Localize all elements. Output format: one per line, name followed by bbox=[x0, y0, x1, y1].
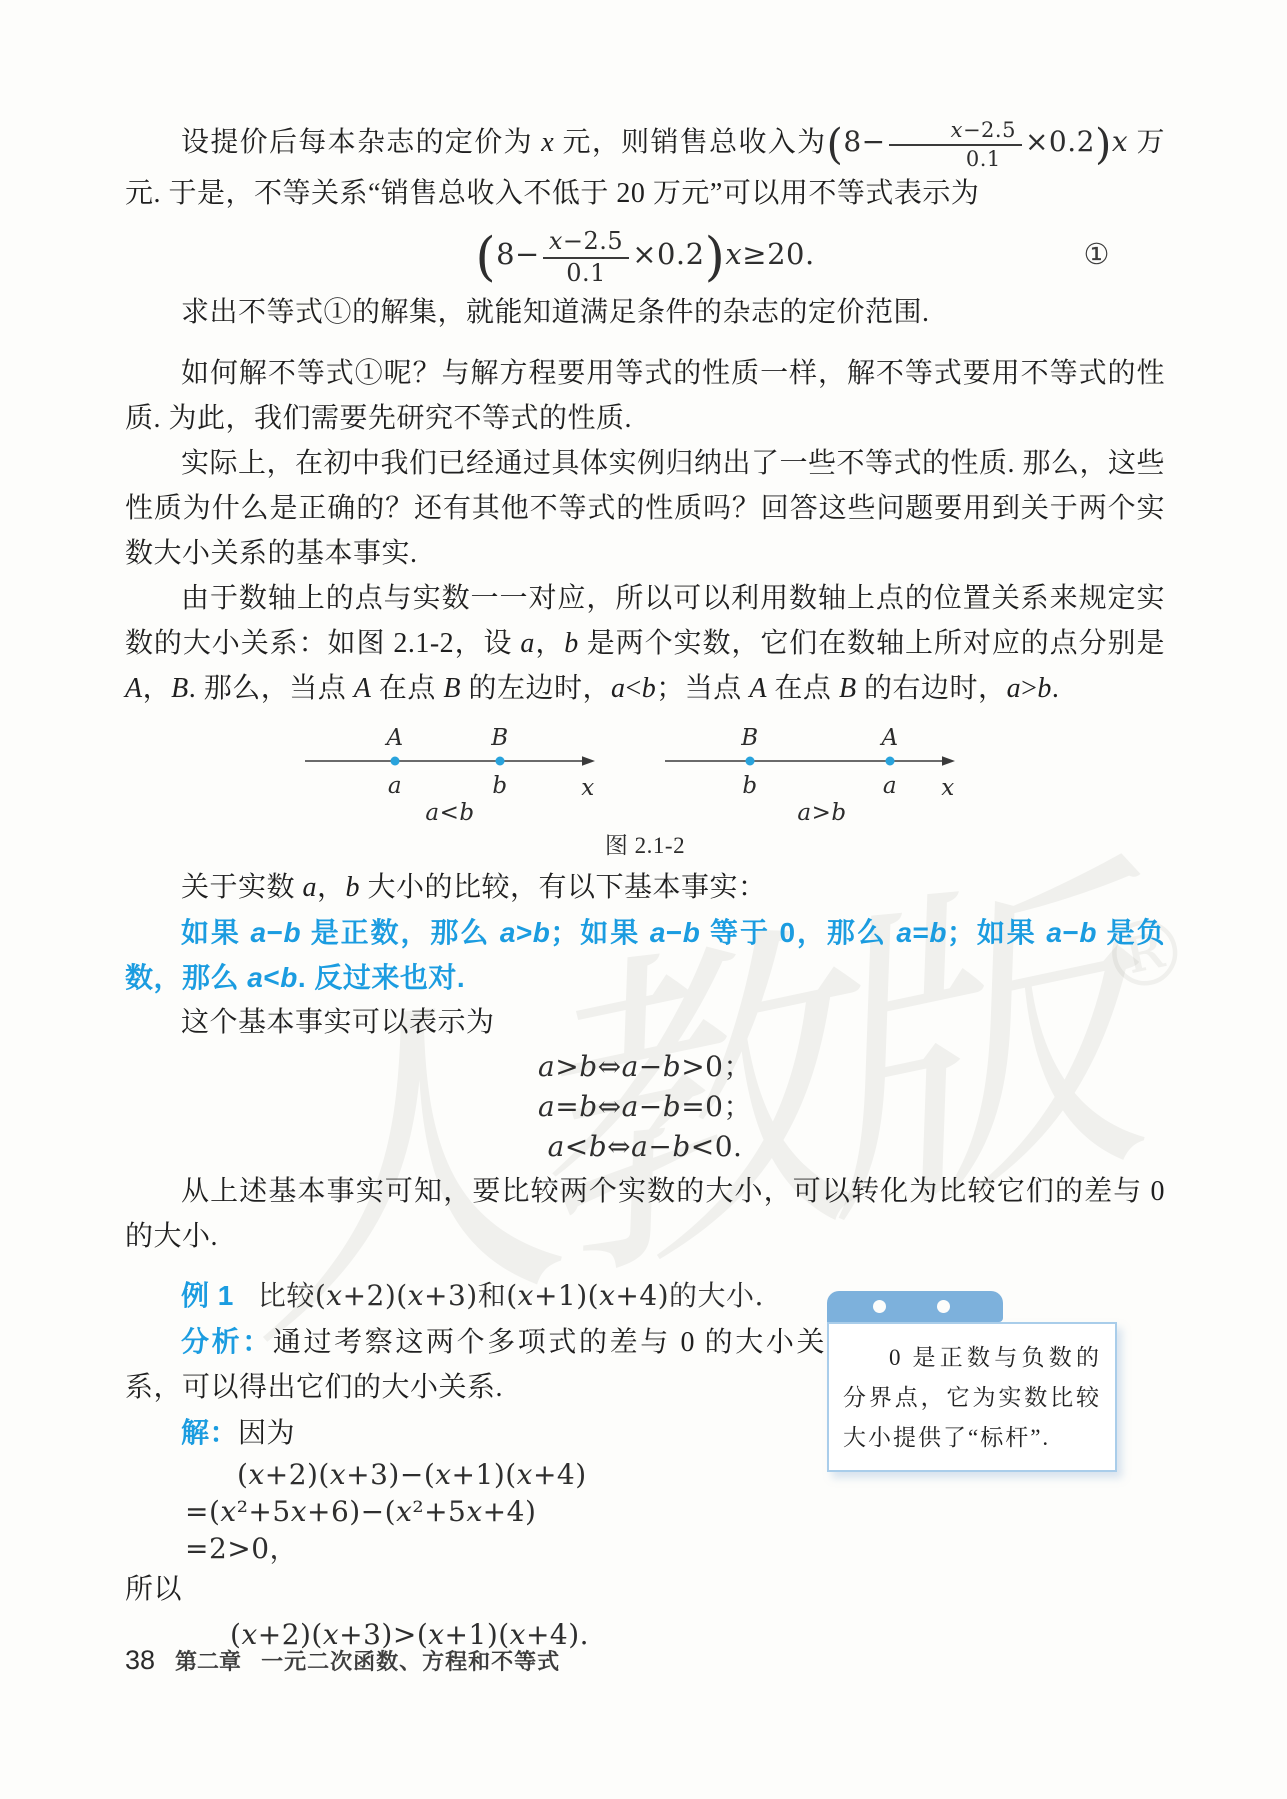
chapter-label: 第二章 bbox=[175, 1645, 241, 1676]
formula-equal: a=b⇔a−b=0； bbox=[125, 1087, 1165, 1127]
fraction-denominator: 0.1 bbox=[889, 146, 1022, 171]
relation-label: a<b bbox=[425, 800, 474, 826]
display-mult: ×0.2 bbox=[632, 237, 704, 271]
close-paren: ) bbox=[1095, 120, 1112, 169]
intro-paragraph: 设提价后每本杂志的定价为 x 元，则销售总收入为(8−x−2.50.1×0.2)… bbox=[125, 118, 1165, 216]
axis-label-x: x bbox=[581, 775, 594, 801]
close-paren: ) bbox=[705, 228, 726, 288]
chapter-title: 一元二次函数、方程和不等式 bbox=[261, 1645, 560, 1676]
arrowhead-icon bbox=[942, 756, 955, 766]
fraction-numerator: x−2.5 bbox=[543, 228, 629, 260]
label-b: b bbox=[492, 773, 507, 799]
display-fraction: x−2.50.1 bbox=[543, 228, 629, 288]
arrowhead-icon bbox=[582, 756, 595, 766]
example-question-line: 例 1比较(x+2)(x+3)和(x+1)(x+4)的大小. bbox=[125, 1273, 825, 1319]
formula-greater: a>b⇔a−b>0； bbox=[125, 1047, 1165, 1087]
numberline-right: B A b a a>b x bbox=[665, 725, 955, 826]
example-question: 比较(x+2)(x+3)和(x+1)(x+4)的大小. bbox=[258, 1279, 764, 1312]
solution-lead: 因为 bbox=[238, 1418, 295, 1449]
page-number: 38 bbox=[125, 1645, 155, 1676]
textbook-page: 人教版® 设提价后每本杂志的定价为 x 元，则销售总收入为(8−x−2.50.1… bbox=[0, 0, 1287, 1799]
fraction-numerator: x−2.5 bbox=[889, 118, 1022, 146]
solution-step-3: =2>0， bbox=[185, 1530, 1165, 1567]
figure-2-1-2: A B a b a<b x B A b a a>b bbox=[125, 719, 1165, 865]
solution-line: 解：因为 bbox=[125, 1410, 825, 1456]
example-label: 例 1 bbox=[181, 1280, 234, 1311]
formula-var: x bbox=[1112, 125, 1128, 158]
point-A-dot bbox=[886, 756, 895, 765]
label-a: a bbox=[388, 773, 402, 799]
spacer bbox=[125, 335, 1165, 351]
intro-text-1: 设提价后每本杂志的定价为 x 元，则销售总收入为 bbox=[181, 127, 826, 158]
inline-fraction: x−2.50.1 bbox=[889, 118, 1022, 171]
clip-hole-icon bbox=[937, 1300, 950, 1313]
page-footer: 38 第二章 一元二次函数、方程和不等式 bbox=[125, 1645, 560, 1676]
label-a: a bbox=[883, 773, 897, 799]
label-B: B bbox=[490, 725, 508, 751]
analysis-line: 分析：通过考察这两个多项式的差与 0 的大小关系，可以得出它们的大小关系. bbox=[125, 1319, 825, 1410]
facts-lead: 这个基本事实可以表示为 bbox=[125, 1000, 1165, 1045]
relation-label: a>b bbox=[797, 800, 846, 826]
label-A: A bbox=[879, 725, 898, 751]
note-clip-tab bbox=[827, 1291, 1003, 1322]
solution-step-2: =(x²+5x+6)−(x²+5x+4) bbox=[185, 1493, 1165, 1530]
figure-caption: 图 2.1-2 bbox=[125, 827, 1165, 865]
label-A: A bbox=[384, 725, 403, 751]
page-content: 设提价后每本杂志的定价为 x 元，则销售总收入为(8−x−2.50.1×0.2)… bbox=[125, 118, 1165, 1657]
formula-mult: ×0.2 bbox=[1025, 125, 1095, 158]
formula-lead: 8− bbox=[843, 125, 885, 158]
open-paren: ( bbox=[475, 228, 496, 288]
open-paren: ( bbox=[826, 120, 843, 169]
solve-set-paragraph: 求出不等式①的解集，就能知道满足条件的杂志的定价范围. bbox=[125, 290, 1165, 335]
label-B: B bbox=[740, 725, 758, 751]
point-A-dot bbox=[391, 756, 400, 765]
properties-paragraph-3: 由于数轴上的点与实数一一对应，所以可以利用数轴上点的位置关系来规定实数的大小关系… bbox=[125, 576, 1165, 711]
clip-hole-icon bbox=[873, 1300, 886, 1313]
numberline-diagram: A B a b a<b x B A b a a>b bbox=[295, 719, 995, 827]
facts-intro: 关于实数 a，b 大小的比较，有以下基本事实： bbox=[125, 865, 1165, 910]
point-B-dot bbox=[746, 756, 755, 765]
point-B-dot bbox=[496, 756, 505, 765]
solution-label: 解： bbox=[181, 1417, 238, 1448]
fraction-denominator: 0.1 bbox=[543, 259, 629, 288]
note-body: 0 是正数与负数的分界点，它为实数比较大小提供了“标杆”. bbox=[827, 1322, 1117, 1472]
formula-less: a<b⇔a−b<0. bbox=[125, 1127, 1165, 1167]
analysis-label: 分析： bbox=[181, 1326, 273, 1357]
inequality-display: (8−x−2.50.1×0.2)x≥20. ① bbox=[125, 222, 1165, 287]
margin-note: 0 是正数与负数的分界点，它为实数比较大小提供了“标杆”. bbox=[827, 1291, 1117, 1472]
equivalence-formulas: a>b⇔a−b>0； a=b⇔a−b=0； a<b⇔a−b<0. bbox=[125, 1047, 1165, 1167]
axis-label-x: x bbox=[941, 775, 954, 801]
label-b: b bbox=[742, 773, 757, 799]
solution-steps: (x+2)(x+3)−(x+1)(x+4) =(x²+5x+6)−(x²+5x+… bbox=[185, 1456, 1165, 1567]
example-1-section: 例 1比较(x+2)(x+3)和(x+1)(x+4)的大小. 分析：通过考察这两… bbox=[125, 1273, 1165, 1657]
properties-paragraph-1: 如何解不等式①呢？与解方程要用等式的性质一样，解不等式要用不等式的性质. 为此，… bbox=[125, 351, 1165, 441]
so-word: 所以 bbox=[125, 1567, 825, 1612]
facts-conclusion: 从上述基本事实可知，要比较两个实数的大小，可以转化为比较它们的差与 0 的大小. bbox=[125, 1169, 1165, 1259]
display-tail: x≥20. bbox=[725, 237, 814, 271]
basic-fact-statement: 如果 a−b 是正数，那么 a>b；如果 a−b 等于 0，那么 a=b；如果 … bbox=[125, 910, 1165, 1000]
display-lead: 8− bbox=[496, 237, 540, 271]
note-text: 0 是正数与负数的分界点，它为实数比较大小提供了“标杆”. bbox=[843, 1338, 1101, 1458]
equation-number: ① bbox=[1084, 223, 1111, 287]
properties-paragraph-2: 实际上，在初中我们已经通过具体实例归纳出了一些不等式的性质. 那么，这些性质为什… bbox=[125, 441, 1165, 576]
numberline-left: A B a b a<b x bbox=[305, 725, 595, 826]
